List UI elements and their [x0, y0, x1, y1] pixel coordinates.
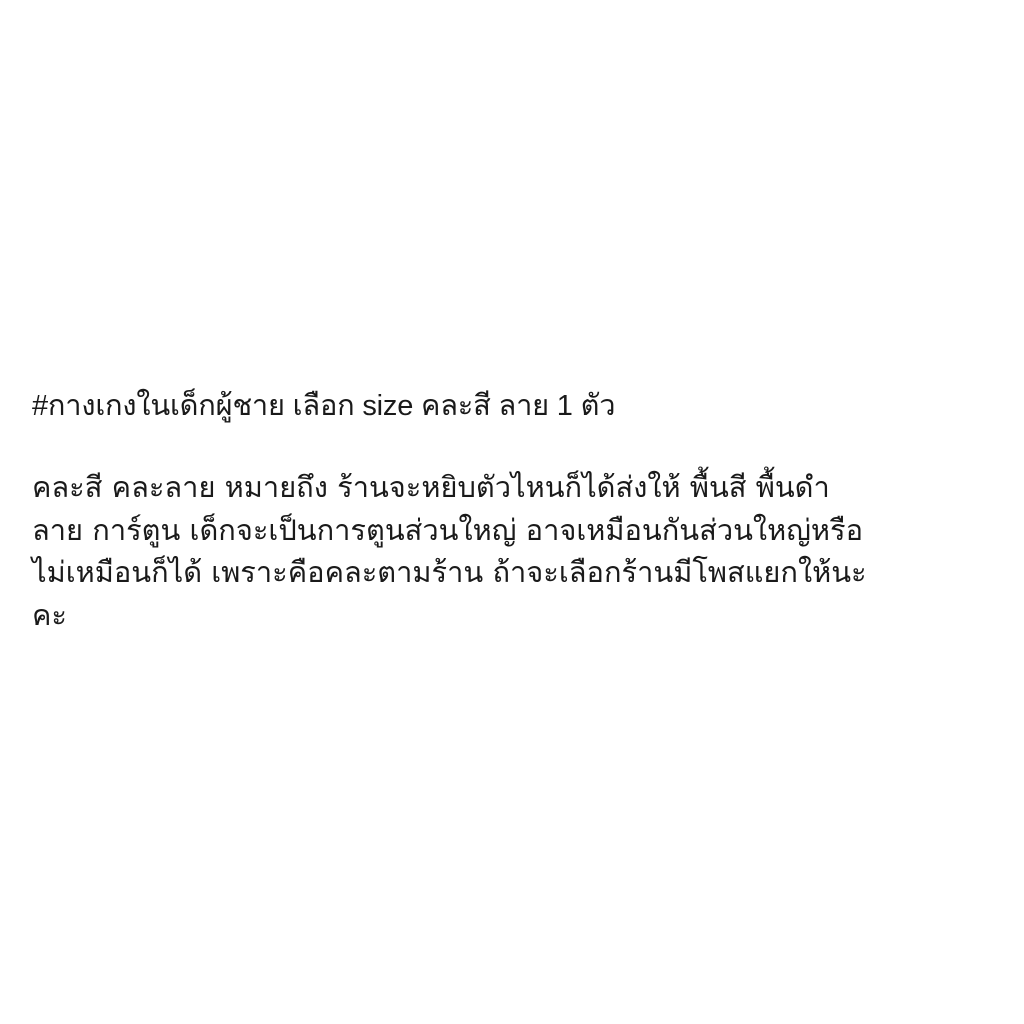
post-content: #กางเกงในเด็กผู้ชาย เลือก size คละสี ลาย… — [32, 386, 992, 636]
description-line: ลาย การ์ตูน เด็กจะเป็นการตูนส่วนใหญ่ อาจ… — [32, 509, 992, 552]
post-title: #กางเกงในเด็กผู้ชาย เลือก size คละสี ลาย… — [32, 386, 992, 426]
description-line: ไม่เหมือนก็ได้ เพราะคือคละตามร้าน ถ้าจะเ… — [32, 551, 992, 594]
description-line: คละสี คละลาย หมายถึง ร้านจะหยิบตัวไหนก็ไ… — [32, 466, 992, 509]
description-line: คะ — [32, 594, 992, 637]
post-description: คละสี คละลาย หมายถึง ร้านจะหยิบตัวไหนก็ไ… — [32, 466, 992, 636]
